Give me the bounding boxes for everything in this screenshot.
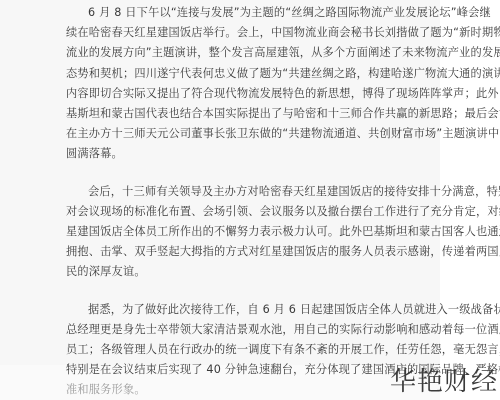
- text-line: 会后，十三师有关领导及主办方对哈密春天红星建国饭店的接待安排十分满意，特别: [66, 182, 440, 202]
- text-line: 拥抱、击掌、双手竖起大拇指的方式对红星建国饭店的服务人员表示感谢，传递着两国人: [66, 242, 440, 262]
- text-line: 基斯坦和蒙古国代表也结合本国实际提出了与哈密和十三师合作共赢的新思路；最后会议: [66, 104, 440, 124]
- text-line: 续在哈密春天红星建国饭店举行。会上，中国物流业商会秘书长刘揩做了题为“新时期物: [66, 23, 440, 43]
- watermark: 华艳财经: [390, 361, 498, 398]
- text-line: 态势和契机；四川遂宁代表何忠义做了题为“共建丝绸之路，构建哈遂广物流大通的演讲，: [66, 64, 440, 84]
- text-line: 特别是在会议结束后实现了 40 分钟急速翻台，充分体现了建国酒店的国际品牌、严格…: [66, 360, 440, 380]
- paragraph-forum: 6 月 8 日下午以“连接与发展”为主题的“丝绸之路国际物流产业发展论坛”峰会继…: [66, 3, 440, 165]
- text-line: 内容即切合实际又提出了符合现代物流发展特色的新思想，博得了现场阵阵掌声；此外巴: [66, 84, 440, 104]
- text-line: 圆满落幕。: [66, 144, 440, 164]
- document-page: 6 月 8 日下午以“连接与发展”为主题的“丝绸之路国际物流产业发展论坛”峰会继…: [0, 0, 440, 400]
- text-line: 民的深厚友谊。: [66, 262, 440, 282]
- paragraph-preparation: 据悉，为了做好此次接待工作，自 6 月 6 日起建国饭店全体人员就进入一级战备状…: [66, 300, 440, 400]
- text-line: 星建国饭店全体员工所作出的不懈努力表示极力认可。此外巴基斯坦和蒙古国客人也通过: [66, 222, 440, 242]
- text-line: 流业的发展方向”主题演讲，整个发言高屋建瓴，从多个方面阐述了未来物流产业的发展: [66, 43, 440, 63]
- paragraph-after-meeting: 会后，十三师有关领导及主办方对哈密春天红星建国饭店的接待安排十分满意，特别 对会…: [66, 182, 440, 283]
- text-line: 总经理更是身先士卒带领大家清洁景观水池，用自己的实际行动影响和感动着每一位酒店: [66, 320, 440, 340]
- article-body: 6 月 8 日下午以“连接与发展”为主题的“丝绸之路国际物流产业发展论坛”峰会继…: [66, 3, 440, 400]
- text-line: 据悉，为了做好此次接待工作，自 6 月 6 日起建国饭店全体人员就进入一级战备状…: [66, 300, 440, 320]
- text-line: 对会议现场的标准化布置、会场引领、会议服务以及撤台摆台工作进行了充分肯定，对红: [66, 202, 440, 222]
- text-line: 准和服务形象。: [66, 380, 440, 400]
- text-line: 6 月 8 日下午以“连接与发展”为主题的“丝绸之路国际物流产业发展论坛”峰会继: [66, 3, 440, 23]
- text-line: 在主办方十三师天元公司董事长张卫东做的“共建物流通道、共创财富市场”主题演讲中: [66, 124, 440, 144]
- text-line: 员工；各级管理人员在行政办的统一调度下有条不紊的开展工作，任劳任怨，毫无怨言，: [66, 340, 440, 360]
